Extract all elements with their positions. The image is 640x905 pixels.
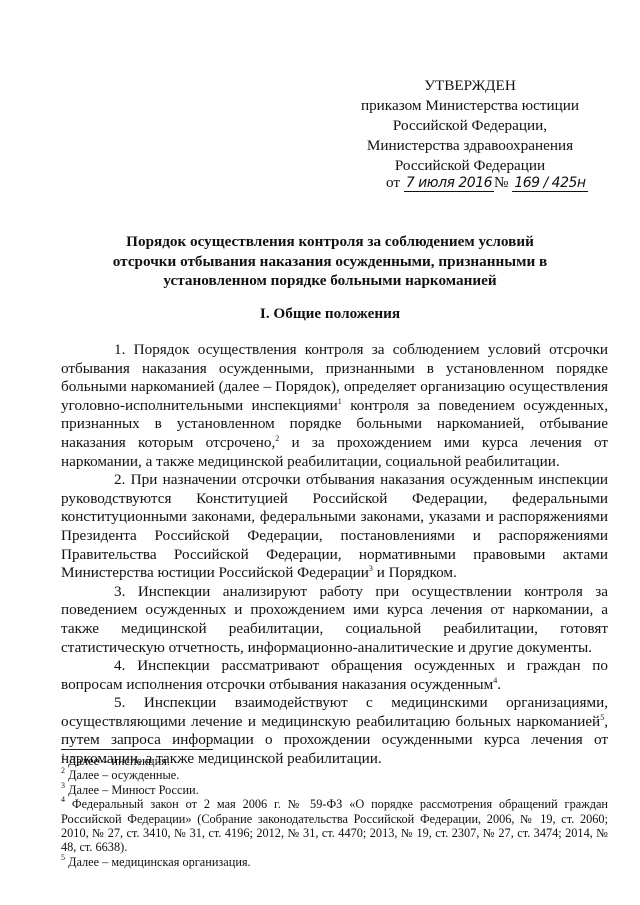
footnote-2: 2 Далее – осужденные. [61,768,608,782]
paragraph-2: 2. При назначении отсрочки отбывания нак… [61,471,608,583]
approval-line: приказом Министерства юстиции [330,96,610,116]
approval-stamp: УТВЕРЖДЕН приказом Министерства юстиции … [330,76,610,176]
footnote-5: 5 Далее – медицинская организация. [61,855,608,869]
document-body: 1. Порядок осуществления контроля за соб… [61,341,608,769]
order-date-number: от 7 июля 2016№ 169 / 425н [386,172,626,194]
footnote-3: 3 Далее – Минюст России. [61,783,608,797]
approval-heading: УТВЕРЖДЕН [330,76,610,96]
approval-line: Российской Федерации, [330,116,610,136]
handwritten-date: 7 июля 2016 [404,175,494,192]
paragraph-1: 1. Порядок осуществления контроля за соб… [61,341,608,471]
footnote-4: 4 Федеральный закон от 2 мая 2006 г. № 5… [61,797,608,855]
document-title: Порядок осуществления контроля за соблюд… [100,232,560,291]
footnotes: 1 Далее – инспекция. 2 Далее – осужденны… [61,754,608,869]
footnote-1: 1 Далее – инспекция. [61,754,608,768]
footnote-divider [61,749,213,750]
number-sign: № [494,174,509,191]
paragraph-4: 4. Инспекции рассматривают обращения осу… [61,657,608,694]
paragraph-3: 3. Инспекции анализируют работу при осущ… [61,583,608,657]
handwritten-number: 169 / 425н [512,175,587,192]
approval-line: Министерства здравоохранения [330,136,610,156]
date-prefix: от [386,174,400,191]
section-heading: I. Общие положения [100,304,560,324]
